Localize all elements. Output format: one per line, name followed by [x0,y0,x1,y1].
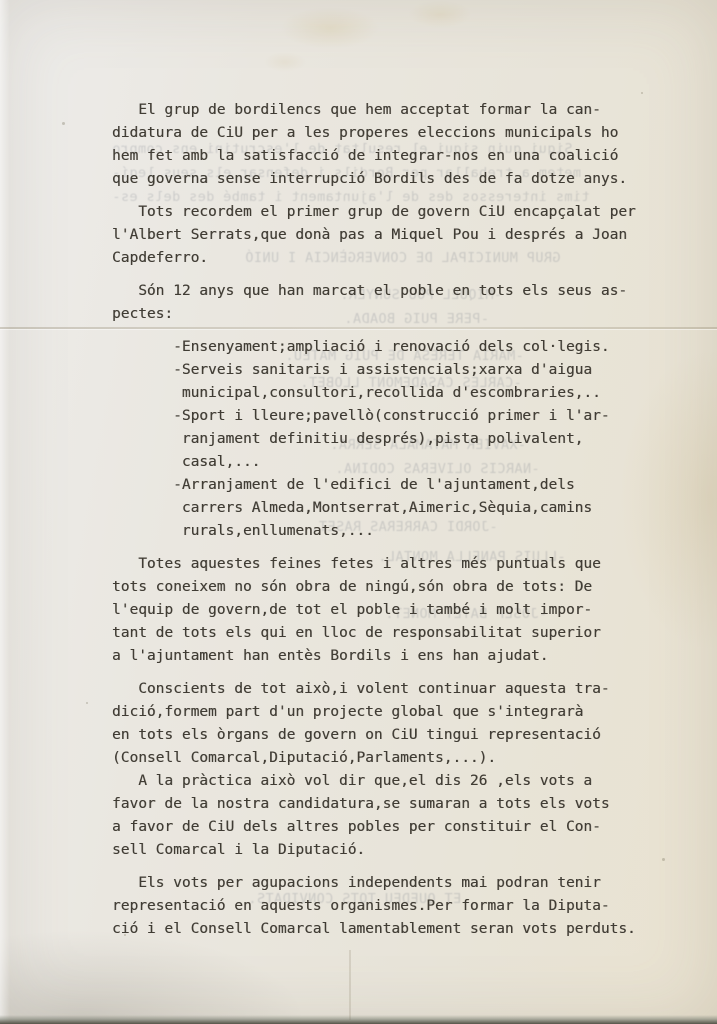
paragraph: A la pràctica això vol dir que,el dis 26… [112,770,672,862]
text-line: que governa sense interrupció Bordils de… [112,168,672,191]
text-line: a l'ajuntament han entès Bordils i ens h… [112,645,672,668]
text-line: -Ensenyament;ampliació i renovació dels … [112,336,672,359]
typed-text-body: El grup de bordilencs que hem acceptat f… [112,99,672,941]
text-line: dició,formem part d'un projecte global q… [112,701,672,724]
text-line: l'equip de govern,de tot el poble i tamb… [112,599,672,622]
paragraph: Són 12 anys que han marcat el poble en t… [112,280,672,326]
text-line: l'Albert Serrats,que donà pas a Miquel P… [112,224,672,247]
text-line: sell Comarcal i la Diputació. [112,839,672,862]
paragraph: Conscients de tot això,i volent continua… [112,678,672,770]
text-line: Capdeferro. [112,247,672,270]
text-line: ranjament definitiu després),pista poliv… [112,428,672,451]
paper-speck [86,702,88,704]
page-bottom-edge [0,1015,717,1024]
text-line: rurals,enllumenats,... [112,520,672,543]
paragraph: Tots recordem el primer grup de govern C… [112,201,672,270]
text-line: casal,... [112,451,672,474]
text-line: didatura de CiU per a les properes elecc… [112,122,672,145]
text-line: Totes aquestes feines fetes i altres més… [112,553,672,576]
paragraph: Els vots per agupacions independents mai… [112,872,672,941]
paragraph: -Ensenyament;ampliació i renovació dels … [112,336,672,543]
text-line: Són 12 anys que han marcat el poble en t… [112,280,672,303]
text-line: tant de tots els qui en lloc de responsa… [112,622,672,645]
text-line: -Arranjament de l'edifici de l'ajuntamen… [112,474,672,497]
paper-speck [641,92,643,94]
vertical-fold-crease [349,950,351,1020]
text-line: -Serveis sanitaris i assistencials;xarxa… [112,359,672,382]
paragraph: Totes aquestes feines fetes i altres més… [112,553,672,668]
paper-speck [62,122,65,125]
text-line: representació en aquests organismes.Per … [112,895,672,918]
text-line: carrers Almeda,Montserrat,Aimeric,Sèquia… [112,497,672,520]
text-line: Els vots per agupacions independents mai… [112,872,672,895]
text-line: Tots recordem el primer grup de govern C… [112,201,672,224]
text-line: tots coneixem no són obra de ningú,són o… [112,576,672,599]
text-line: (Consell Comarcal,Diputació,Parlaments,.… [112,747,672,770]
text-line: El grup de bordilencs que hem acceptat f… [112,99,672,122]
paragraph: El grup de bordilencs que hem acceptat f… [112,99,672,191]
text-line: pectes: [112,303,672,326]
text-line: a favor de CiU dels altres pobles per co… [112,816,672,839]
text-line: Conscients de tot això,i volent continua… [112,678,672,701]
text-line: A la pràctica això vol dir que,el dis 26… [112,770,672,793]
text-line: hem fet amb la satisfacció de integrar-n… [112,145,672,168]
text-line: favor de la nostra candidatura,se sumara… [112,793,672,816]
page-left-edge [0,0,10,1024]
text-line: municipal,consultori,recollida d'escombr… [112,382,672,405]
scanned-page: Sigui quin sigui el resultat de l'escrut… [0,0,717,1024]
text-line: ció i el Consell Comarcal lamentablement… [112,918,672,941]
text-line: en tots els òrgans de govern on CiU ting… [112,724,672,747]
text-line: -Sport i lleure;pavellò(construcció prim… [112,405,672,428]
